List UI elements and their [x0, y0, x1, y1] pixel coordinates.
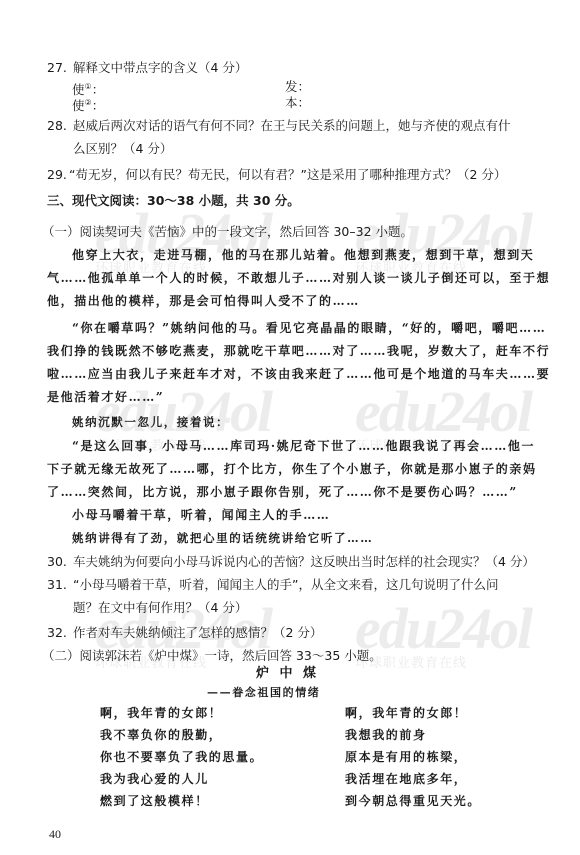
q27-item-fa: 发：	[285, 79, 310, 95]
poem-left-line: 燃到了这般模样！	[100, 793, 209, 809]
passage-line: 下子就无缘无故死了……哪，打个比方，你生了个小崽子，你就是那小崽子的亲妈	[47, 461, 537, 477]
question-text: 车夫姚纳为何要向小母马诉说内心的苦恼？这反映出当时怎样的社会现实？（4 分）	[73, 554, 535, 569]
question-number: 27.	[47, 60, 73, 76]
question-text: “苟无岁，何以有民？苟无民，何以有君？”这是采用了哪种推理方式？（2 分）	[69, 167, 506, 182]
poem-right-line: 到今朝总得重见天光。	[345, 793, 481, 809]
question-28-cont: 么区别？（4 分）	[73, 141, 172, 157]
passage-line: 他，描出他的模样，那是会可怕得叫人受不了的……	[47, 293, 360, 309]
poem-left-line: 我不辜负你的殷勤，	[100, 727, 222, 743]
passage-line: 姚纳讲得有了劲，就把心里的话统统讲给它听了……	[72, 530, 373, 546]
q27-item-ben: 本：	[285, 95, 310, 111]
passage-line: 小母马嚼着干草，听着，闻闻主人的手……	[72, 507, 330, 523]
passage-line: “是这么回事，小母马……库司玛·姚尼奇下世了……他跟我说了再会……他一	[72, 438, 535, 454]
question-number: 29.	[47, 167, 69, 183]
q27-item-shi2: 使②：	[72, 95, 104, 114]
passage-line: 我们挣的钱既然不够吃燕麦，那就吃干草吧……对了……我呢，岁数大了，赶车不行	[47, 343, 550, 359]
question-28: 28.赵威后两次对话的语气有何不同？在王与民关系的问题上，她与齐使的观点有什	[47, 118, 511, 134]
question-27: 27.解释文中带点字的含义（4 分）	[47, 60, 247, 76]
poem-subtitle: ——眷念祖国的情绪	[207, 685, 320, 701]
passage-line: 了……突然间，比方说，那小崽子跟你告别，死了……你不是要伤心吗？……”	[47, 484, 518, 500]
question-text: 赵威后两次对话的语气有何不同？在王与民关系的问题上，她与齐使的观点有什	[73, 118, 511, 133]
passage-line: 气……他孤单单一个人的时候，不敢想儿子……对别人谈一谈儿子倒还可以，至于想	[47, 270, 550, 286]
question-number: 28.	[47, 118, 73, 134]
question-number: 32.	[47, 625, 73, 641]
poem-left-line: 你也不要辜负了我的思量。	[100, 749, 263, 765]
question-31: 31.“小母马嚼着干草，听着，闻闻主人的手”，从全文来看，这几句说明了什么问	[47, 577, 498, 593]
passage-line: 他穿上大衣，走进马棚，他的马在那儿站着。他想到燕麦，想到干草，想到天	[72, 247, 534, 263]
poem-title: 炉 中 煤	[256, 666, 319, 682]
part1-intro: （一）阅读契诃夫《苦恼》中的一段文字，然后回答 30–32 小题。	[42, 224, 413, 240]
question-30: 30.车夫姚纳为何要向小母马诉说内心的苦恼？这反映出当时怎样的社会现实？（4 分…	[47, 554, 535, 570]
part2-intro: （二）阅读郭沫若《炉中煤》一诗，然后回答 33～35 小题。	[42, 648, 382, 664]
poem-left-line: 我为我心爱的人儿	[100, 771, 209, 787]
question-number: 31.	[47, 577, 73, 593]
passage-line: “你在嚼草吗？”姚纳问他的马。看见它亮晶晶的眼睛，“好的，嚼吧，嚼吧……	[72, 320, 546, 336]
page-number: 40	[49, 827, 61, 842]
passage-line: 姚纳沉默一忽儿，接着说：	[72, 414, 229, 430]
poem-right-line: 啊，我年青的女郎！	[345, 705, 467, 721]
question-number: 30.	[47, 554, 73, 570]
section-heading: 三、现代文阅读：30～38 小题，共 30 分。	[47, 193, 300, 209]
question-text: “小母马嚼着干草，听着，闻闻主人的手”，从全文来看，这几句说明了什么问	[73, 577, 498, 592]
question-32: 32.作者对车夫姚纳倾注了怎样的感情？（2 分）	[47, 625, 322, 641]
passage-line: 啦……应当由我儿子来赶车才对，不该由我来赶了……他可是个地道的马车夫……要	[47, 366, 550, 382]
poem-left-line: 啊，我年青的女郎！	[100, 705, 222, 721]
poem-right-line: 原本是有用的栋梁，	[345, 749, 467, 765]
passage-line: 是他活着才好……”	[47, 389, 164, 405]
question-text: 作者对车夫姚纳倾注了怎样的感情？（2 分）	[73, 625, 322, 640]
question-29: 29.“苟无岁，何以有民？苟无民，何以有君？”这是采用了哪种推理方式？（2 分）	[47, 167, 506, 183]
question-text: 解释文中带点字的含义（4 分）	[73, 60, 247, 75]
exam-page: edu24ol环球职业教育在线 edu24ol环球职业教育在线 edu24ol环…	[0, 0, 580, 855]
poem-right-line: 我想我的前身	[345, 727, 427, 743]
poem-right-line: 我活埋在地底多年，	[345, 771, 467, 787]
question-31-cont: 题？在文中有何作用？（4 分）	[73, 600, 247, 616]
